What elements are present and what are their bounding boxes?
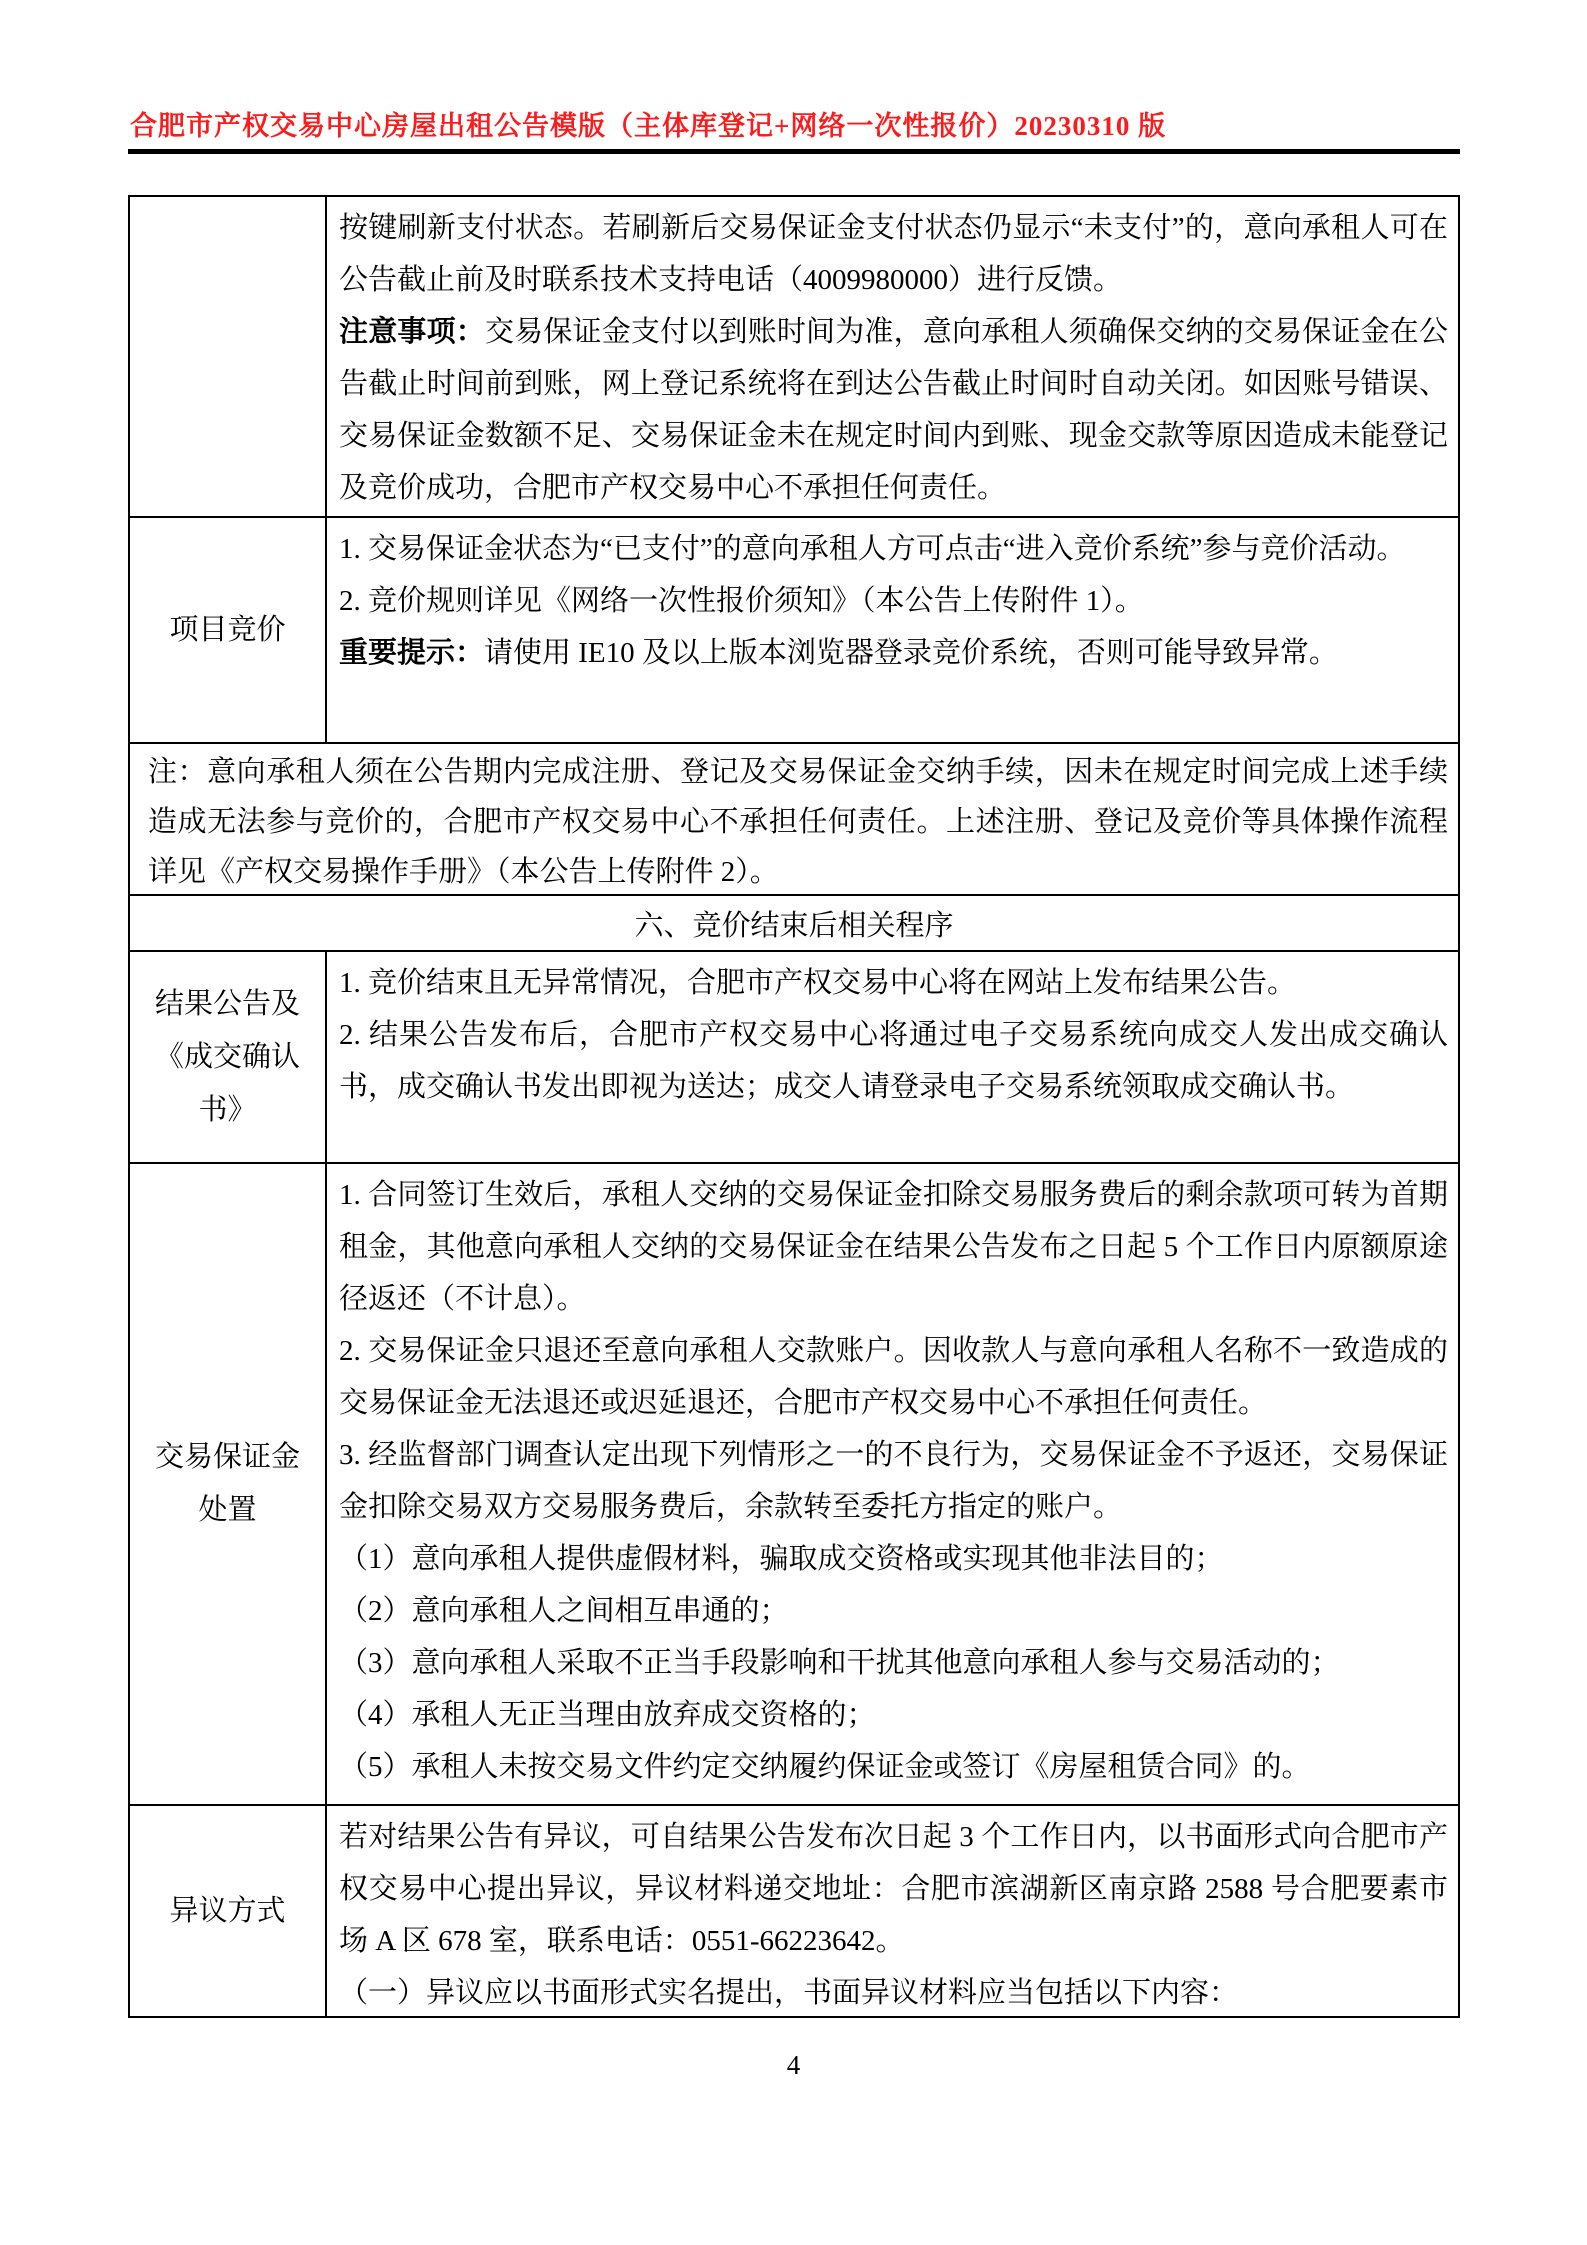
row-label-deposit: 交易保证金处置 xyxy=(130,1164,327,1804)
table-row-payment-continued: 按键刷新支付状态。若刷新后交易保证金支付状态仍显示“未支付”的，意向承租人可在公… xyxy=(130,197,1458,516)
deposit-paragraph-3: 3. 经监督部门调查认定出现下列情形之一的不良行为，交易保证金不予返还，交易保证… xyxy=(339,1429,1448,1533)
table-row-deposit: 交易保证金处置 1. 合同签订生效后，承租人交纳的交易保证金扣除交易服务费后的剩… xyxy=(130,1162,1458,1804)
header-divider-rule xyxy=(128,149,1460,154)
bidding-paragraph-3: 重要提示：请使用 IE10 及以上版本浏览器登录竞价系统，否则可能导致异常。 xyxy=(339,627,1448,679)
row-label-objection: 异议方式 xyxy=(130,1806,327,2016)
result-paragraph-1: 1. 竞价结束且无异常情况，合肥市产权交易中心将在网站上发布结果公告。 xyxy=(339,957,1448,1009)
notice-bold-prefix: 注意事项： xyxy=(339,316,485,348)
deposit-row-body: 1. 合同签订生效后，承租人交纳的交易保证金扣除交易服务费后的剩余款项可转为首期… xyxy=(327,1164,1458,1804)
table-row-section-title: 六、竞价结束后相关程序 xyxy=(130,894,1458,950)
bidding-row-body: 1. 交易保证金状态为“已支付”的意向承租人方可点击“进入竞价系统”参与竞价活动… xyxy=(327,518,1458,742)
deposit-item-4: （4）承租人无正当理由放弃成交资格的； xyxy=(339,1689,1448,1741)
important-text: 请使用 IE10 及以上版本浏览器登录竞价系统，否则可能导致异常。 xyxy=(484,637,1338,669)
document-page: 合肥市产权交易中心房屋出租公告模版（主体库登记+网络一次性报价）20230310… xyxy=(0,0,1587,2245)
deposit-item-2: （2）意向承租人之间相互串通的； xyxy=(339,1585,1448,1637)
row-label-empty xyxy=(130,197,327,516)
deposit-item-3: （3）意向承租人采取不正当手段影响和干扰其他意向承租人参与交易活动的； xyxy=(339,1637,1448,1689)
payment-paragraph-1: 按键刷新支付状态。若刷新后交易保证金支付状态仍显示“未支付”的，意向承租人可在公… xyxy=(339,202,1448,306)
bidding-paragraph-2: 2. 竞价规则详见《网络一次性报价须知》（本公告上传附件 1）。 xyxy=(339,575,1448,627)
payment-paragraph-2: 注意事项：交易保证金支付以到账时间为准，意向承租人须确保交纳的交易保证金在公告截… xyxy=(339,306,1448,514)
objection-paragraph-1: 若对结果公告有异议，可自结果公告发布次日起 3 个工作日内，以书面形式向合肥市产… xyxy=(339,1811,1448,1967)
table-row-note: 注：意向承租人须在公告期内完成注册、登记及交易保证金交纳手续，因未在规定时间完成… xyxy=(130,742,1458,894)
page-number: 4 xyxy=(0,2050,1587,2081)
bidding-paragraph-1: 1. 交易保证金状态为“已支付”的意向承租人方可点击“进入竞价系统”参与竞价活动… xyxy=(339,523,1448,575)
row-label-result: 结果公告及《成交确认书》 xyxy=(130,952,327,1162)
important-bold-prefix: 重要提示： xyxy=(339,637,484,669)
deposit-item-1: （1）意向承租人提供虚假材料，骗取成交资格或实现其他非法目的； xyxy=(339,1533,1448,1585)
result-row-body: 1. 竞价结束且无异常情况，合肥市产权交易中心将在网站上发布结果公告。 2. 结… xyxy=(327,952,1458,1162)
deposit-item-5: （5）承租人未按交易文件约定交纳履约保证金或签订《房屋租赁合同》的。 xyxy=(339,1741,1448,1793)
table-row-objection: 异议方式 若对结果公告有异议，可自结果公告发布次日起 3 个工作日内，以书面形式… xyxy=(130,1804,1458,2016)
table-row-bidding: 项目竞价 1. 交易保证金状态为“已支付”的意向承租人方可点击“进入竞价系统”参… xyxy=(130,516,1458,742)
deposit-paragraph-2: 2. 交易保证金只退还至意向承租人交款账户。因收款人与意向承租人名称不一致造成的… xyxy=(339,1325,1448,1429)
deposit-paragraph-1: 1. 合同签订生效后，承租人交纳的交易保证金扣除交易服务费后的剩余款项可转为首期… xyxy=(339,1169,1448,1325)
objection-paragraph-2: （一）异议应以书面形式实名提出，书面异议材料应当包括以下内容： xyxy=(339,1967,1448,2016)
announcement-table: 按键刷新支付状态。若刷新后交易保证金支付状态仍显示“未支付”的，意向承租人可在公… xyxy=(128,195,1460,2018)
objection-row-body: 若对结果公告有异议，可自结果公告发布次日起 3 个工作日内，以书面形式向合肥市产… xyxy=(327,1806,1458,2016)
result-paragraph-2: 2. 结果公告发布后，合肥市产权交易中心将通过电子交易系统向成交人发出成交确认书… xyxy=(339,1009,1448,1113)
payment-row-body: 按键刷新支付状态。若刷新后交易保证金支付状态仍显示“未支付”的，意向承租人可在公… xyxy=(327,197,1458,516)
document-title: 合肥市产权交易中心房屋出租公告模版（主体库登记+网络一次性报价）20230310… xyxy=(130,104,1460,143)
notice-text: 交易保证金支付以到账时间为准，意向承租人须确保交纳的交易保证金在公告截止时间前到… xyxy=(339,316,1448,504)
table-row-result: 结果公告及《成交确认书》 1. 竞价结束且无异常情况，合肥市产权交易中心将在网站… xyxy=(130,950,1458,1162)
row-label-bidding: 项目竞价 xyxy=(130,518,327,742)
